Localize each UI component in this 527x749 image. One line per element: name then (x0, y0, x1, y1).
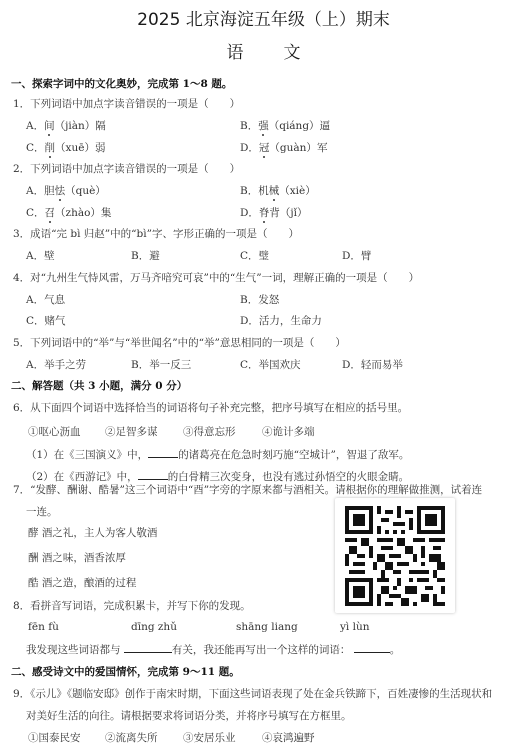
q2-option-b: B．机械（xiè） (240, 183, 316, 198)
rest-char: 军 (317, 142, 328, 154)
dotted-char: 削 (45, 140, 56, 155)
q6-choice-2: ②足智多谋 (105, 424, 158, 439)
q6-sub-1: （1）在《三国演义》中，的诸葛亮在危急时刻巧施“空城计”，智退了敌军。 (26, 447, 409, 462)
answer-blank-1[interactable] (148, 447, 178, 458)
q3-option-c: C．璧 (240, 248, 269, 263)
q5-option-b: B．举一反三 (131, 357, 191, 372)
section-heading-1: 一、探索字词中的文化奥妙，完成第 1～8 题。 (11, 76, 232, 91)
subject-char-2: 文 (284, 38, 301, 63)
q3-option-b: B．避 (131, 248, 160, 263)
q7-pair-1: 酵 酒之礼，主人为客人敬酒 (28, 525, 157, 540)
rest-char: 逼 (320, 120, 331, 132)
finding-prefix: 我发现这些词语都与 (26, 644, 121, 656)
option-letter: A． (26, 120, 44, 132)
question-3-stem: 3．成语“完 bì 归赵”中的“bì”字、字形正确的一项是（ ） (13, 226, 299, 241)
q2-option-d: D．脊背（jǐ） (240, 205, 308, 220)
q9-choice-2: ②流离失所 (105, 730, 158, 745)
q2-option-c: C．召（zhào）集 (26, 205, 111, 220)
dotted-char: 械 (269, 183, 280, 198)
subject-title: 语文 (0, 38, 527, 63)
option-letter: B． (240, 185, 258, 197)
question-5-stem: 5．下列词语中的“举”与“举世闻名”中的“举”意思相同的一项是（ ） (13, 335, 346, 350)
rest-char: 弱 (95, 142, 106, 154)
qr-code (335, 498, 455, 613)
q8-pinyin-1: fēn fù (28, 621, 59, 633)
dotted-char: 冠 (259, 140, 270, 155)
option-letter: C． (26, 207, 45, 219)
q1-option-b: B．强（qiáng）逼 (240, 118, 330, 133)
dotted-char: 间 (44, 118, 55, 133)
question-9-stem-line-2: 对美好生活的向往。请根据要求将词语分类，并将序号填写在方框里。 (26, 708, 352, 723)
question-1-stem: 1．下列词语中加点字读音错误的一项是（ ） (13, 96, 240, 111)
dotted-char: 脊 (259, 205, 270, 220)
question-7-stem-line-1: 7．“发酵、酬谢、酷暑”这三个词语中“酉”字旁的字原来都与酒相关。请根据你的理解… (13, 482, 482, 497)
answer-blank-2[interactable] (138, 469, 168, 480)
pair-char: 酵 (28, 527, 39, 539)
q6-choice-1: ①呕心沥血 (28, 424, 81, 439)
q9-choice-1: ①国泰民安 (28, 730, 81, 745)
finding-suffix: 。 (390, 644, 401, 656)
qr-code-icon (345, 506, 445, 606)
q1-option-d: D．冠（guàn）军 (240, 140, 327, 155)
dotted-char: 怯 (55, 183, 66, 198)
pinyin: （guàn） (269, 142, 317, 154)
pinyin: （què） (65, 185, 106, 197)
finding-middle: 有关，我还能再写出一个这样的词语： (172, 644, 351, 656)
q9-choice-4: ④哀鸿遍野 (262, 730, 315, 745)
option-letter: A． (26, 185, 44, 197)
question-6-stem: 6．从下面四个词语中选择恰当的词语将句子补充完整，把序号填写在相应的括号里。 (13, 400, 408, 415)
sub-1-suffix: 的诸葛亮在危急时刻巧施“空城计”，智退了敌军。 (178, 449, 409, 461)
q7-pair-3: 酷 酒之造，酿酒的过程 (28, 575, 136, 590)
pair-meaning: 酒之味，酒香浓厚 (42, 552, 126, 564)
pinyin: 背（jǐ） (269, 207, 307, 219)
q8-pinyin-4: yì lùn (340, 621, 370, 633)
question-2-stem: 2．下列词语中加点字读音错误的一项是（ ） (13, 161, 240, 176)
q3-option-d: D．臂 (342, 248, 371, 263)
pinyin: （qiáng） (269, 120, 320, 132)
q7-pair-2: 酬 酒之味，酒香浓厚 (28, 550, 126, 565)
page-title: 2025 北京海淀五年级（上）期末 (0, 5, 527, 30)
pair-meaning: 酒之礼，主人为客人敬酒 (42, 527, 158, 539)
q1-option-a: A．间（jiàn）隔 (26, 118, 106, 133)
section-heading-3: 二、感受诗文中的爱国情怀，完成第 9～11 题。 (11, 664, 240, 679)
q6-choice-3: ③得意忘形 (183, 424, 236, 439)
pair-char: 酷 (28, 577, 39, 589)
answer-blank-word[interactable] (354, 642, 390, 653)
q5-option-a: A．举手之劳 (26, 357, 86, 372)
q2-option-a: A．胆怯（què） (26, 183, 106, 198)
q6-choice-4: ④诡计多端 (262, 424, 315, 439)
pre-char: 胆 (44, 185, 55, 197)
pinyin: （jiàn） (55, 120, 96, 132)
question-4-stem: 4．对“九州生气恃风雷，万马齐喑究可哀”中的“生气”一词，理解正确的一项是（ ） (13, 270, 419, 285)
subject-char-1: 语 (227, 38, 244, 63)
question-7-stem-line-2: 一连。 (26, 504, 58, 519)
option-letter: B． (240, 120, 258, 132)
option-letter: D． (240, 207, 259, 219)
q4-option-c: C．赌气 (26, 313, 66, 328)
q4-option-a: A．气息 (26, 292, 65, 307)
option-letter: C． (26, 142, 45, 154)
q8-finding: 我发现这些词语都与 有关，我还能再写出一个这样的词语： 。 (26, 642, 400, 657)
sub-1-prefix: （1）在《三国演义》中， (26, 449, 148, 461)
pair-char: 酬 (28, 552, 39, 564)
q8-pinyin-2: dīng zhǔ (131, 621, 177, 633)
option-letter: D． (240, 142, 259, 154)
q8-pinyin-3: shāng liang (236, 621, 298, 633)
answer-blank-category[interactable] (124, 642, 172, 653)
pair-meaning: 酒之造，酿酒的过程 (42, 577, 137, 589)
question-9-stem-line-1: 9．《示儿》《题临安邸》创作于南宋时期，下面这些词语表现了处在金兵铁蹄下，百姓凄… (13, 686, 492, 701)
dotted-char: 召 (45, 205, 56, 220)
q1-option-c: C．削（xuē）弱 (26, 140, 105, 155)
q5-option-c: C．举国欢庆 (240, 357, 301, 372)
q3-option-a: A．壁 (26, 248, 55, 263)
q4-option-d: D．活力，生命力 (240, 313, 322, 328)
pre-char: 机 (258, 185, 269, 197)
pinyin: （xiè） (279, 185, 316, 197)
q9-choice-3: ③安居乐业 (183, 730, 236, 745)
pinyin: （zhào）集 (55, 207, 111, 219)
section-heading-2: 二、解答题（共 3 小题，满分 0 分） (11, 378, 187, 393)
rest-char: 隔 (95, 120, 106, 132)
pinyin: （xuē） (55, 142, 95, 154)
question-8-stem: 8．看拼音写词语，完成积累卡，并写下你的发现。 (13, 598, 251, 613)
q4-option-b: B．发怒 (240, 292, 279, 307)
dotted-char: 强 (258, 118, 269, 133)
q5-option-d: D．轻而易举 (342, 357, 403, 372)
